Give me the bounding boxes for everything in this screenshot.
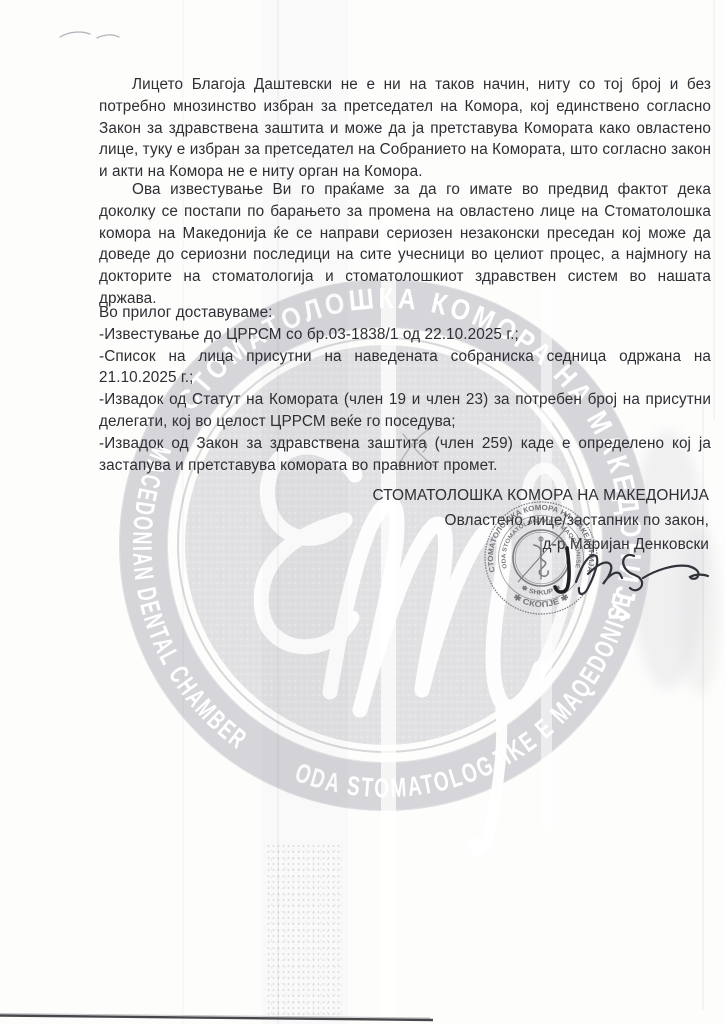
attachments-list: Во прилог доставуваме: -Известување до Ц… <box>99 302 711 476</box>
bottom-scan-line <box>0 1014 433 1021</box>
signoff-organization: СТОМАТОЛОШКА КОМОРА НА МАКЕДОНИЈА <box>289 484 709 509</box>
scan-noise-band <box>266 843 342 1015</box>
signoff-name: д-р Маријан Денковски <box>289 533 709 558</box>
signature-block: СТОМАТОЛОШКА КОМОРА НА МАКЕДОНИЈА Овласт… <box>289 484 709 558</box>
watermark-left-arc-text: MACEDONIAN DENTAL CHAMBER <box>127 441 253 756</box>
attachment-item: -Известување до ЦРРСМ со бр.03-1838/1 од… <box>99 324 711 346</box>
scanned-letter-page: СТОМАТОЛОШКА КОМОРА НА МАКЕДОНИЈА MACEDO… <box>0 0 725 1024</box>
attachments-heading: Во прилог доставуваме: <box>99 302 711 324</box>
scan-streak <box>713 0 715 420</box>
paragraph-2: Ова известување Ви го праќаме за да го и… <box>99 179 711 310</box>
stamp-city-latin: ✱ SHKUP ✱ <box>520 583 563 596</box>
attachment-item: -Извадок од Статут на Комората (член 19 … <box>99 389 711 433</box>
signoff-role: Овластено лице/застапник по закон, <box>289 509 709 534</box>
attachment-item: -Список на лица присутни на наведената с… <box>99 346 711 390</box>
paragraph-1: Лицето Благоја Даштевски не е ни на тако… <box>99 74 711 183</box>
signature-scrawl <box>576 555 708 594</box>
pencil-marks <box>60 32 119 38</box>
attachment-item: -Извадок од Закон за здравствена заштита… <box>99 433 711 477</box>
stamp-city-cyrillic: ✱ СКОПЈЕ ✱ <box>512 592 571 609</box>
